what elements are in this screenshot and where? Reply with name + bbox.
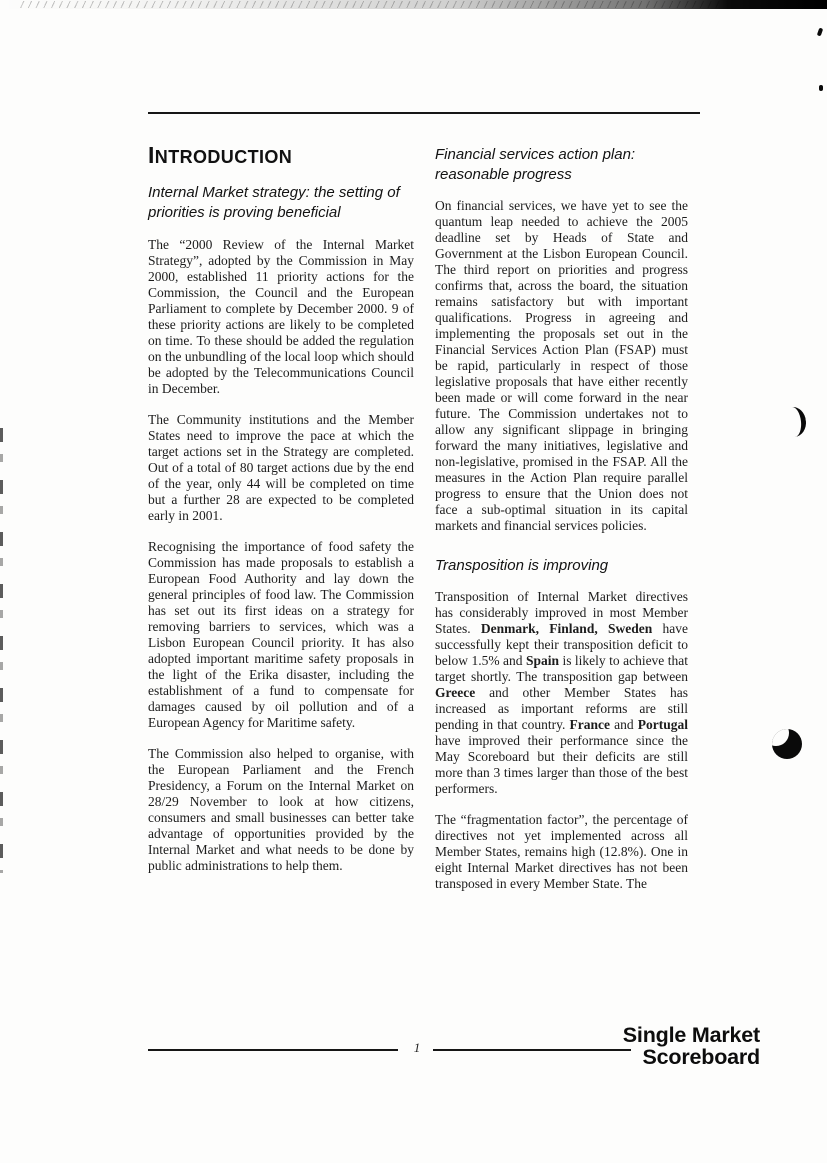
scan-artifact-crescent-lower [772, 729, 802, 759]
paragraph-community-institutions: The Community institutions and the Membe… [148, 412, 414, 524]
scan-artifact-top-speckle [20, 1, 720, 8]
financial-services-heading: Financial services action plan: reasonab… [435, 145, 688, 185]
scan-artifact-right-edge-mark-1 [817, 28, 823, 37]
left-column: INTRODUCTION Internal Market strategy: t… [148, 142, 414, 889]
paragraph-financial-services: On financial services, we have yet to se… [435, 198, 688, 534]
page-number: 1 [409, 1040, 425, 1056]
transposition-heading: Transposition is improving [435, 556, 688, 576]
scan-artifact-left-edge-dashes [0, 428, 3, 873]
scan-artifact-crescent-upper [780, 406, 808, 438]
footer-rule-left [148, 1049, 398, 1051]
paragraph-transposition: Transposition of Internal Market directi… [435, 589, 688, 797]
paragraph-2000-review: The “2000 Review of the Internal Market … [148, 237, 414, 397]
paragraph-food-safety: Recognising the importance of food safet… [148, 539, 414, 731]
scan-artifact-right-edge-mark-2 [819, 85, 823, 91]
right-column: Financial services action plan: reasonab… [435, 145, 688, 907]
brand-line-1: Single Market [540, 1027, 760, 1044]
internal-market-strategy-subheading: Internal Market strategy: the setting of… [148, 183, 414, 223]
single-market-scoreboard-logo: Single Market Scoreboard [540, 1027, 760, 1071]
paragraph-forum-internal-market: The Commission also helped to organise, … [148, 746, 414, 874]
brand-line-2: Scoreboard [540, 1049, 760, 1066]
paragraph-fragmentation-factor: The “fragmentation factor”, the percenta… [435, 812, 688, 892]
scanned-document-page: INTRODUCTION Internal Market strategy: t… [0, 0, 827, 1163]
introduction-heading: INTRODUCTION [148, 142, 414, 169]
header-rule [148, 112, 700, 114]
